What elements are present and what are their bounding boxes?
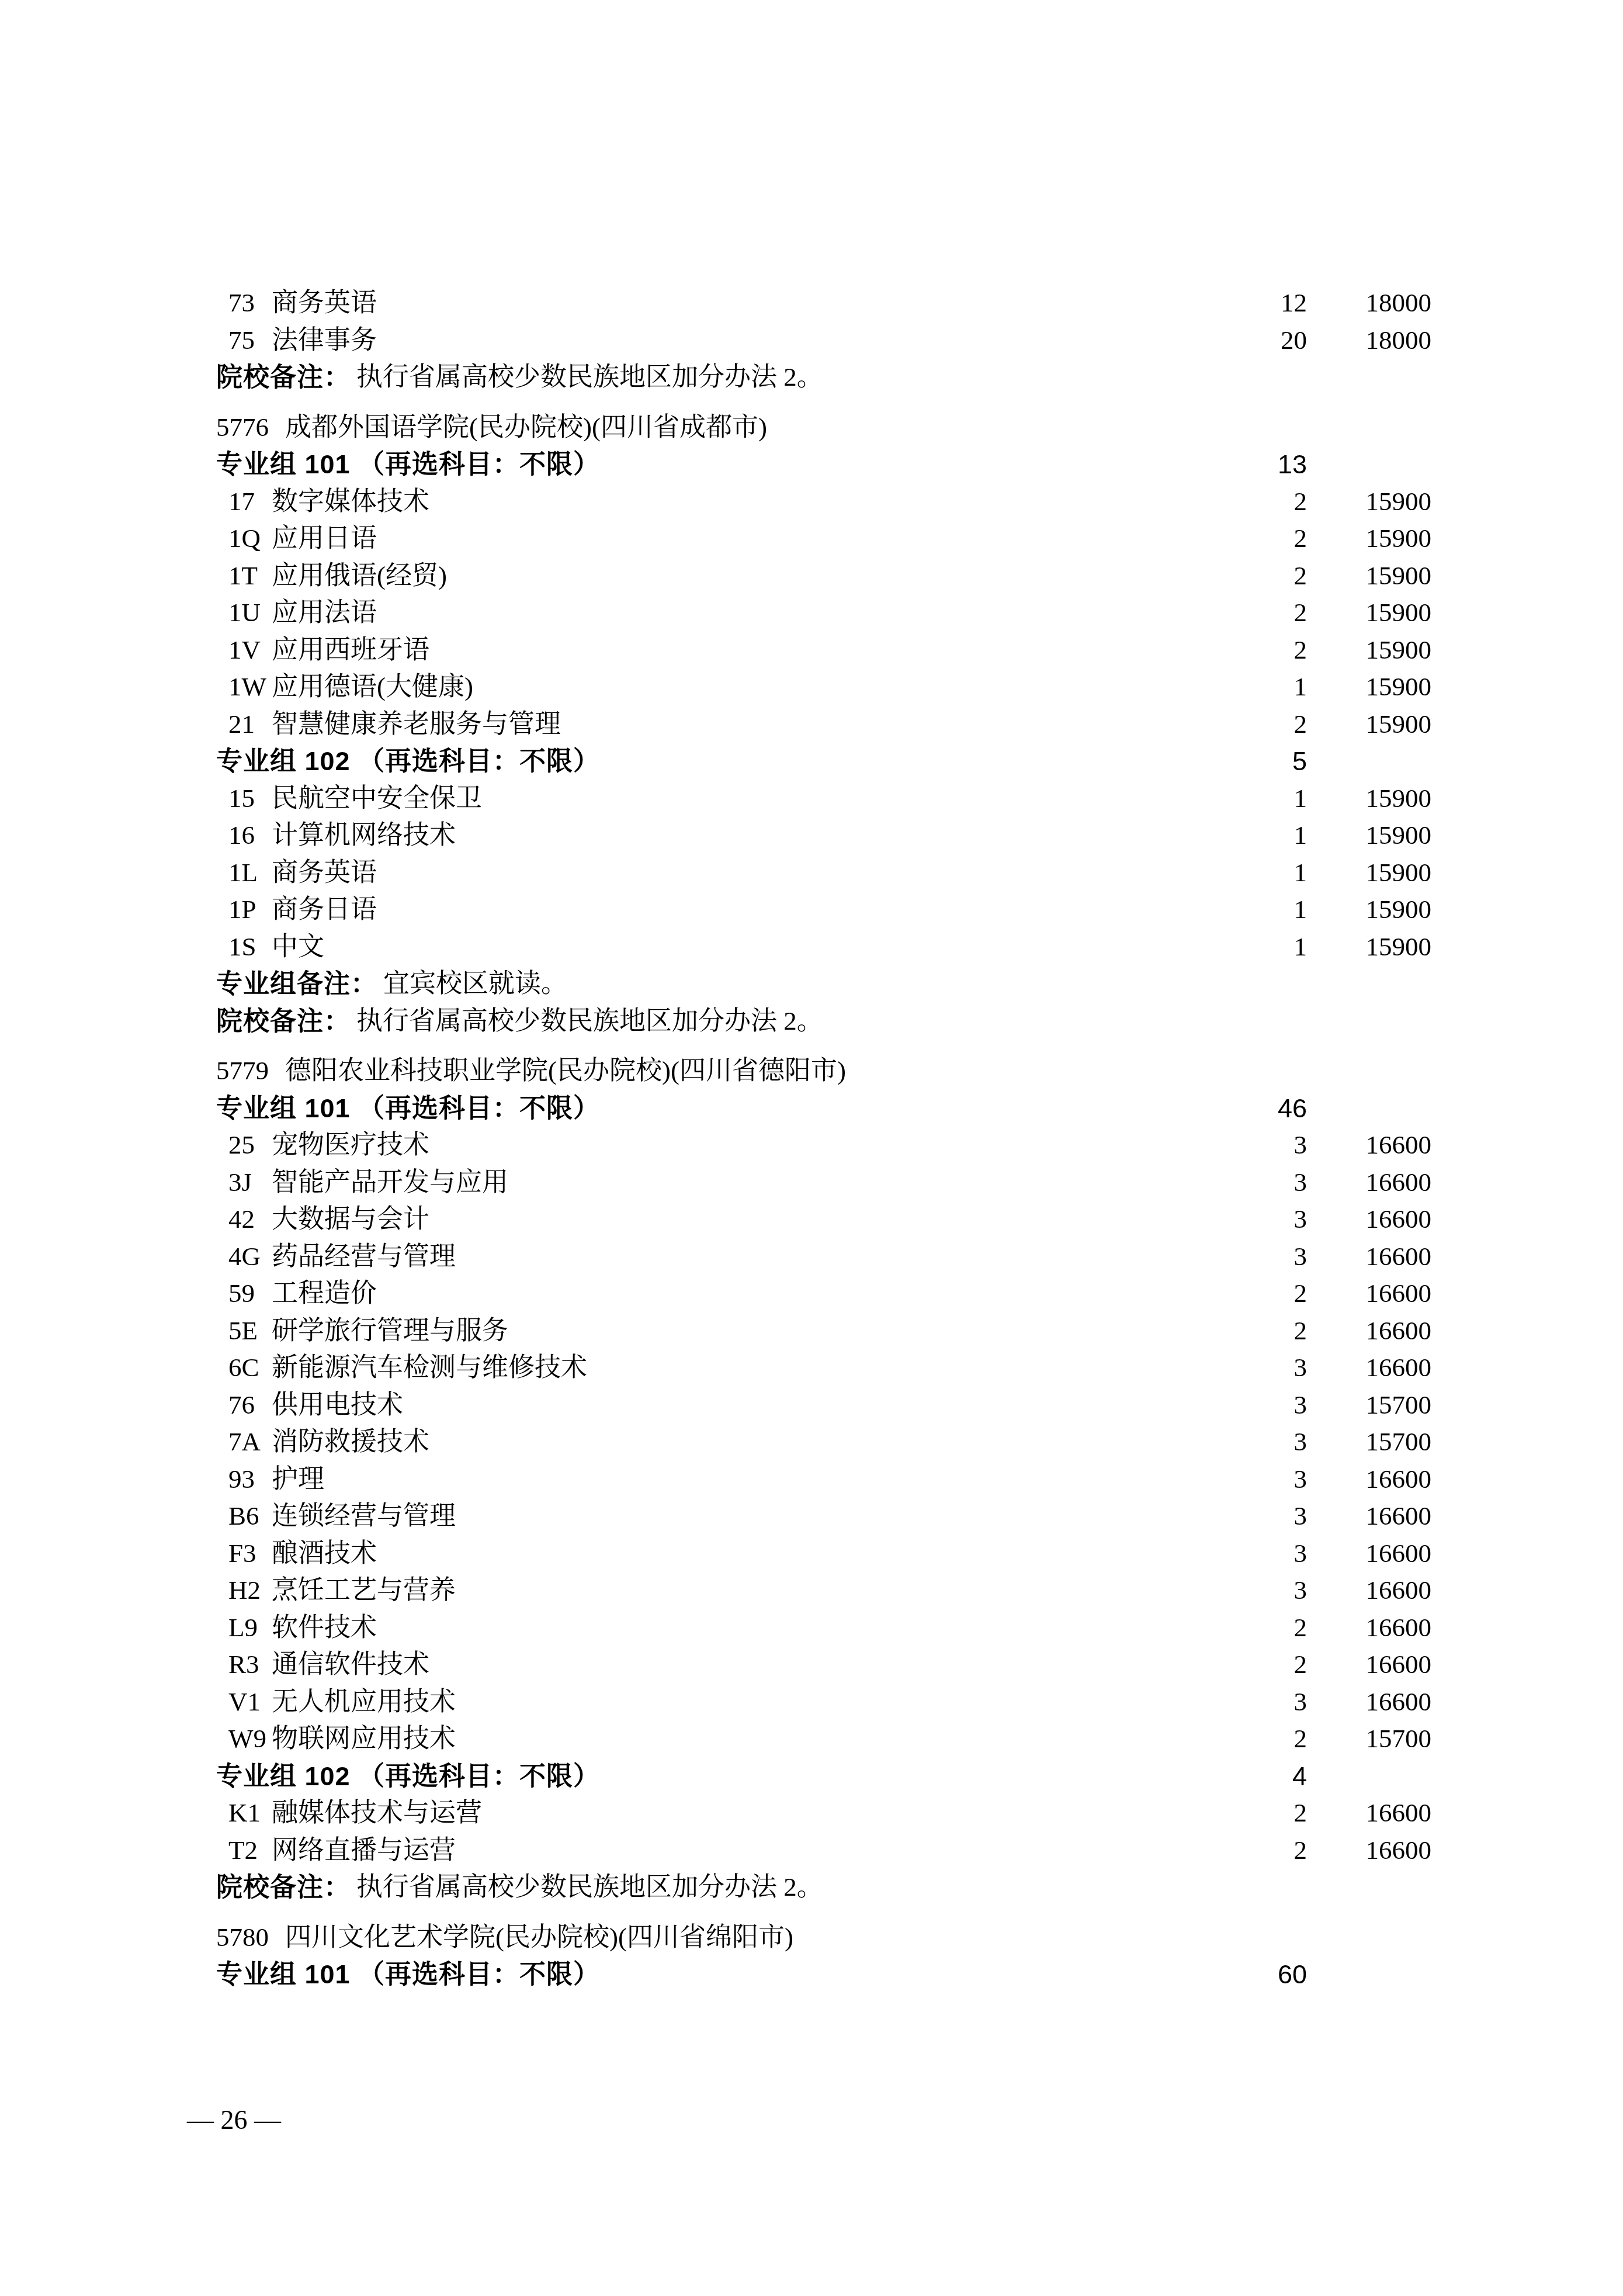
major-title: 93护理 bbox=[216, 1461, 1163, 1498]
major-row: R3通信软件技术216600 bbox=[216, 1646, 1431, 1684]
major-title: 1T应用俄语(经贸) bbox=[216, 557, 1163, 595]
note-line: 院校备注：执行省属高校少数民族地区加分办法 2。 bbox=[216, 359, 1431, 396]
major-row: 93护理316600 bbox=[216, 1461, 1431, 1498]
major-code: 1V bbox=[228, 632, 272, 669]
major-code: R3 bbox=[228, 1646, 272, 1684]
major-code: 1U bbox=[228, 594, 272, 632]
major-title: 1P商务日语 bbox=[216, 891, 1163, 929]
note-text: 执行省属高校少数民族地区加分办法 2。 bbox=[356, 1869, 823, 1906]
major-code: 75 bbox=[228, 322, 272, 359]
major-name: 消防救援技术 bbox=[272, 1424, 429, 1461]
major-name: 软件技术 bbox=[272, 1609, 377, 1647]
major-tuition-value: 16600 bbox=[1307, 1238, 1431, 1276]
major-quota-value: 2 bbox=[1163, 1795, 1307, 1832]
major-title: 15民航空中安全保卫 bbox=[216, 780, 1163, 818]
note-label: 院校备注： bbox=[216, 1003, 351, 1040]
major-quota-value: 3 bbox=[1163, 1461, 1307, 1498]
major-name: 应用日语 bbox=[272, 520, 377, 557]
major-tuition-value: 15900 bbox=[1307, 632, 1431, 669]
major-group-heading: 专业组 101 （再选科目：不限） bbox=[216, 1090, 1163, 1127]
major-group-row: 专业组 102 （再选科目：不限）4 bbox=[216, 1758, 1431, 1795]
major-name: 研学旅行管理与服务 bbox=[272, 1313, 508, 1350]
major-quota-value: 3 bbox=[1163, 1387, 1307, 1424]
major-title: 21智慧健康养老服务与管理 bbox=[216, 706, 1163, 743]
major-name: 通信软件技术 bbox=[272, 1646, 429, 1684]
major-name: 烹饪工艺与营养 bbox=[272, 1572, 456, 1609]
major-quota-value: 2 bbox=[1163, 1832, 1307, 1869]
major-code: B6 bbox=[228, 1498, 272, 1535]
major-title: 3J智能产品开发与应用 bbox=[216, 1164, 1163, 1201]
major-row: 75法律事务2018000 bbox=[216, 322, 1431, 359]
major-group-heading: 专业组 102 （再选科目：不限） bbox=[216, 1758, 1163, 1795]
major-row: T2网络直播与运营216600 bbox=[216, 1832, 1431, 1869]
major-row: 16计算机网络技术115900 bbox=[216, 817, 1431, 854]
page-number: — 26 — bbox=[187, 2103, 281, 2138]
major-quota-value: 3 bbox=[1163, 1238, 1307, 1276]
major-group-row: 专业组 101 （再选科目：不限）13 bbox=[216, 446, 1431, 483]
major-group-row: 专业组 101 （再选科目：不限）60 bbox=[216, 1956, 1431, 1993]
major-row: 15民航空中安全保卫115900 bbox=[216, 780, 1431, 818]
major-code: 93 bbox=[228, 1461, 272, 1498]
major-tuition-value: 15900 bbox=[1307, 929, 1431, 966]
major-tuition-value: 16600 bbox=[1307, 1164, 1431, 1201]
major-code: 6C bbox=[228, 1349, 272, 1387]
major-name: 商务日语 bbox=[272, 891, 377, 929]
major-quota-value: 1 bbox=[1163, 669, 1307, 706]
major-name: 智能产品开发与应用 bbox=[272, 1164, 508, 1201]
major-row: V1无人机应用技术316600 bbox=[216, 1684, 1431, 1721]
major-row: 76供用电技术315700 bbox=[216, 1387, 1431, 1424]
major-row: L9软件技术216600 bbox=[216, 1609, 1431, 1647]
note-row: 专业组备注：宜宾校区就读。 bbox=[216, 965, 1431, 1003]
note-row: 院校备注：执行省属高校少数民族地区加分办法 2。 bbox=[216, 359, 1431, 396]
institution-heading: 5776成都外国语学院(民办院校)(四川省成都市) bbox=[216, 409, 1431, 446]
major-name: 工程造价 bbox=[272, 1275, 377, 1313]
major-quota-value: 1 bbox=[1163, 780, 1307, 818]
major-quota-value: 2 bbox=[1163, 632, 1307, 669]
note-text: 宜宾校区就读。 bbox=[383, 965, 567, 1003]
institution-heading: 5780四川文化艺术学院(民办院校)(四川省绵阳市) bbox=[216, 1919, 1431, 1956]
major-title: 5E研学旅行管理与服务 bbox=[216, 1313, 1163, 1350]
institution-name: 成都外国语学院(民办院校)(四川省成都市) bbox=[285, 409, 767, 446]
major-code: 25 bbox=[228, 1127, 272, 1164]
major-tuition-value: 16600 bbox=[1307, 1201, 1431, 1238]
institution-row: 5776成都外国语学院(民办院校)(四川省成都市) bbox=[216, 409, 1431, 446]
major-tuition-value: 16600 bbox=[1307, 1349, 1431, 1387]
major-tuition-value: 16600 bbox=[1307, 1684, 1431, 1721]
major-tuition-value: 18000 bbox=[1307, 285, 1431, 322]
major-row: 25宠物医疗技术316600 bbox=[216, 1127, 1431, 1164]
major-code: 21 bbox=[228, 706, 272, 743]
group-quota-value: 4 bbox=[1163, 1758, 1307, 1795]
major-name: 计算机网络技术 bbox=[272, 817, 456, 854]
major-quota-value: 2 bbox=[1163, 1720, 1307, 1758]
major-title: H2烹饪工艺与营养 bbox=[216, 1572, 1163, 1609]
major-code: 1P bbox=[228, 891, 272, 929]
major-tuition-value: 15900 bbox=[1307, 594, 1431, 632]
institution-code: 5780 bbox=[216, 1919, 269, 1956]
group-quota-value: 5 bbox=[1163, 743, 1307, 780]
major-quota-value: 20 bbox=[1163, 322, 1307, 359]
major-code: 1Q bbox=[228, 520, 272, 557]
major-quota-value: 1 bbox=[1163, 854, 1307, 892]
major-tuition-value: 15900 bbox=[1307, 520, 1431, 557]
major-quota-value: 3 bbox=[1163, 1127, 1307, 1164]
major-group-label: 专业组 101 （再选科目：不限） bbox=[216, 1956, 600, 1993]
major-code: W9 bbox=[228, 1720, 272, 1758]
major-name: 融媒体技术与运营 bbox=[272, 1795, 482, 1832]
major-code: 1W bbox=[228, 669, 272, 706]
major-row: 7A消防救援技术315700 bbox=[216, 1424, 1431, 1461]
major-name: 中文 bbox=[272, 929, 324, 966]
major-tuition-value: 16600 bbox=[1307, 1795, 1431, 1832]
major-tuition-value: 15700 bbox=[1307, 1387, 1431, 1424]
note-text: 执行省属高校少数民族地区加分办法 2。 bbox=[356, 359, 823, 396]
major-title: 59工程造价 bbox=[216, 1275, 1163, 1313]
major-title: T2网络直播与运营 bbox=[216, 1832, 1163, 1869]
major-group-heading: 专业组 102 （再选科目：不限） bbox=[216, 743, 1163, 780]
major-row: 6C新能源汽车检测与维修技术316600 bbox=[216, 1349, 1431, 1387]
major-tuition-value: 15900 bbox=[1307, 817, 1431, 854]
major-row: 5E研学旅行管理与服务216600 bbox=[216, 1313, 1431, 1350]
major-code: H2 bbox=[228, 1572, 272, 1609]
major-title: 6C新能源汽车检测与维修技术 bbox=[216, 1349, 1163, 1387]
major-code: 42 bbox=[228, 1201, 272, 1238]
major-quota-value: 2 bbox=[1163, 557, 1307, 595]
major-quota-value: 3 bbox=[1163, 1424, 1307, 1461]
major-tuition-value: 16600 bbox=[1307, 1646, 1431, 1684]
major-quota-value: 2 bbox=[1163, 1275, 1307, 1313]
major-name: 大数据与会计 bbox=[272, 1201, 429, 1238]
major-quota-value: 1 bbox=[1163, 817, 1307, 854]
major-row: 59工程造价216600 bbox=[216, 1275, 1431, 1313]
institution-name: 四川文化艺术学院(民办院校)(四川省绵阳市) bbox=[285, 1919, 793, 1956]
major-row: F3酿酒技术316600 bbox=[216, 1535, 1431, 1573]
major-code: 73 bbox=[228, 285, 272, 322]
major-code: 59 bbox=[228, 1275, 272, 1313]
major-row: 1L商务英语115900 bbox=[216, 854, 1431, 892]
major-tuition-value: 16600 bbox=[1307, 1535, 1431, 1573]
major-group-heading: 专业组 101 （再选科目：不限） bbox=[216, 446, 1163, 483]
major-title: R3通信软件技术 bbox=[216, 1646, 1163, 1684]
major-name: 应用德语(大健康) bbox=[272, 669, 473, 706]
note-row: 院校备注：执行省属高校少数民族地区加分办法 2。 bbox=[216, 1003, 1431, 1040]
note-line: 专业组备注：宜宾校区就读。 bbox=[216, 965, 1431, 1003]
major-row: 1V应用西班牙语215900 bbox=[216, 632, 1431, 669]
major-row: 1Q应用日语215900 bbox=[216, 520, 1431, 557]
major-name: 无人机应用技术 bbox=[272, 1684, 456, 1721]
major-title: 75法律事务 bbox=[216, 322, 1163, 359]
major-title: L9软件技术 bbox=[216, 1609, 1163, 1647]
major-row: 73商务英语1218000 bbox=[216, 285, 1431, 322]
note-label: 院校备注： bbox=[216, 359, 351, 396]
major-title: 1V应用西班牙语 bbox=[216, 632, 1163, 669]
major-name: 智慧健康养老服务与管理 bbox=[272, 706, 561, 743]
major-title: 17数字媒体技术 bbox=[216, 483, 1163, 521]
major-title: 1U应用法语 bbox=[216, 594, 1163, 632]
group-quota-value: 60 bbox=[1163, 1956, 1307, 1993]
major-code: 15 bbox=[228, 780, 272, 818]
major-quota-value: 3 bbox=[1163, 1572, 1307, 1609]
major-tuition-value: 16600 bbox=[1307, 1275, 1431, 1313]
major-name: 物联网应用技术 bbox=[272, 1720, 456, 1758]
major-quota-value: 2 bbox=[1163, 483, 1307, 521]
major-title: 1S中文 bbox=[216, 929, 1163, 966]
major-name: 数字媒体技术 bbox=[272, 483, 429, 521]
major-tuition-value: 15900 bbox=[1307, 557, 1431, 595]
major-code: F3 bbox=[228, 1535, 272, 1573]
major-title: 42大数据与会计 bbox=[216, 1201, 1163, 1238]
major-row: 1T应用俄语(经贸)215900 bbox=[216, 557, 1431, 595]
major-title: V1无人机应用技术 bbox=[216, 1684, 1163, 1721]
major-code: 1L bbox=[228, 854, 272, 892]
major-title: 7A消防救援技术 bbox=[216, 1424, 1163, 1461]
major-quota-value: 2 bbox=[1163, 594, 1307, 632]
major-tuition-value: 16600 bbox=[1307, 1461, 1431, 1498]
institution-name: 德阳农业科技职业学院(民办院校)(四川省德阳市) bbox=[285, 1052, 846, 1090]
major-title: 16计算机网络技术 bbox=[216, 817, 1163, 854]
note-line: 院校备注：执行省属高校少数民族地区加分办法 2。 bbox=[216, 1003, 1431, 1040]
major-quota-value: 3 bbox=[1163, 1201, 1307, 1238]
major-name: 酿酒技术 bbox=[272, 1535, 377, 1573]
major-title: 25宠物医疗技术 bbox=[216, 1127, 1163, 1164]
major-name: 法律事务 bbox=[272, 322, 377, 359]
major-code: 1S bbox=[228, 929, 272, 966]
major-name: 供用电技术 bbox=[272, 1387, 403, 1424]
major-title: F3酿酒技术 bbox=[216, 1535, 1163, 1573]
major-code: 76 bbox=[228, 1387, 272, 1424]
major-quota-value: 2 bbox=[1163, 1313, 1307, 1350]
note-row: 院校备注：执行省属高校少数民族地区加分办法 2。 bbox=[216, 1869, 1431, 1906]
note-line: 院校备注：执行省属高校少数民族地区加分办法 2。 bbox=[216, 1869, 1431, 1906]
major-name: 应用法语 bbox=[272, 594, 377, 632]
major-tuition-value: 15900 bbox=[1307, 780, 1431, 818]
major-tuition-value: 16600 bbox=[1307, 1832, 1431, 1869]
major-quota-value: 2 bbox=[1163, 1646, 1307, 1684]
major-tuition-value: 16600 bbox=[1307, 1572, 1431, 1609]
major-group-row: 专业组 102 （再选科目：不限）5 bbox=[216, 743, 1431, 780]
major-title: W9物联网应用技术 bbox=[216, 1720, 1163, 1758]
major-row: K1融媒体技术与运营216600 bbox=[216, 1795, 1431, 1832]
major-code: 17 bbox=[228, 483, 272, 521]
major-name: 网络直播与运营 bbox=[272, 1832, 456, 1869]
major-tuition-value: 15900 bbox=[1307, 669, 1431, 706]
major-quota-value: 3 bbox=[1163, 1684, 1307, 1721]
major-quota-value: 2 bbox=[1163, 520, 1307, 557]
major-title: 73商务英语 bbox=[216, 285, 1163, 322]
major-quota-value: 3 bbox=[1163, 1498, 1307, 1535]
major-tuition-value: 16600 bbox=[1307, 1609, 1431, 1647]
major-row: 42大数据与会计316600 bbox=[216, 1201, 1431, 1238]
major-row: 17数字媒体技术215900 bbox=[216, 483, 1431, 521]
major-tuition-value: 15900 bbox=[1307, 483, 1431, 521]
major-quota-value: 2 bbox=[1163, 706, 1307, 743]
major-quota-value: 12 bbox=[1163, 285, 1307, 322]
major-row: 21智慧健康养老服务与管理215900 bbox=[216, 706, 1431, 743]
major-code: 3J bbox=[228, 1164, 272, 1201]
major-group-label: 专业组 101 （再选科目：不限） bbox=[216, 446, 600, 483]
major-title: B6连锁经营与管理 bbox=[216, 1498, 1163, 1535]
major-row: 1S中文115900 bbox=[216, 929, 1431, 966]
major-tuition-value: 15900 bbox=[1307, 891, 1431, 929]
major-name: 民航空中安全保卫 bbox=[272, 780, 482, 818]
major-title: 1W应用德语(大健康) bbox=[216, 669, 1163, 706]
plan-table: 73商务英语121800075法律事务2018000院校备注：执行省属高校少数民… bbox=[216, 285, 1431, 1993]
major-name: 新能源汽车检测与维修技术 bbox=[272, 1349, 587, 1387]
institution-row: 5779德阳农业科技职业学院(民办院校)(四川省德阳市) bbox=[216, 1052, 1431, 1090]
institution-row: 5780四川文化艺术学院(民办院校)(四川省绵阳市) bbox=[216, 1919, 1431, 1956]
major-code: 16 bbox=[228, 817, 272, 854]
major-code: L9 bbox=[228, 1609, 272, 1647]
major-title: K1融媒体技术与运营 bbox=[216, 1795, 1163, 1832]
major-quota-value: 1 bbox=[1163, 891, 1307, 929]
major-title: 1Q应用日语 bbox=[216, 520, 1163, 557]
major-name: 应用俄语(经贸) bbox=[272, 557, 447, 595]
major-title: 76供用电技术 bbox=[216, 1387, 1163, 1424]
major-group-label: 专业组 102 （再选科目：不限） bbox=[216, 743, 600, 780]
major-code: K1 bbox=[228, 1795, 272, 1832]
major-code: 4G bbox=[228, 1238, 272, 1276]
major-row: B6连锁经营与管理316600 bbox=[216, 1498, 1431, 1535]
major-name: 药品经营与管理 bbox=[272, 1238, 456, 1276]
major-row: H2烹饪工艺与营养316600 bbox=[216, 1572, 1431, 1609]
major-group-label: 专业组 102 （再选科目：不限） bbox=[216, 1758, 600, 1795]
major-code: 7A bbox=[228, 1424, 272, 1461]
major-quota-value: 3 bbox=[1163, 1535, 1307, 1573]
major-tuition-value: 16600 bbox=[1307, 1313, 1431, 1350]
major-group-heading: 专业组 101 （再选科目：不限） bbox=[216, 1956, 1163, 1993]
major-name: 护理 bbox=[272, 1461, 324, 1498]
major-name: 商务英语 bbox=[272, 285, 377, 322]
major-title: 4G药品经营与管理 bbox=[216, 1238, 1163, 1276]
document-page: 73商务英语121800075法律事务2018000院校备注：执行省属高校少数民… bbox=[0, 0, 1623, 2296]
major-tuition-value: 16600 bbox=[1307, 1498, 1431, 1535]
major-group-row: 专业组 101 （再选科目：不限）46 bbox=[216, 1090, 1431, 1127]
major-tuition-value: 15700 bbox=[1307, 1720, 1431, 1758]
major-name: 应用西班牙语 bbox=[272, 632, 429, 669]
major-code: V1 bbox=[228, 1684, 272, 1721]
group-quota-value: 46 bbox=[1163, 1090, 1307, 1127]
major-tuition-value: 15700 bbox=[1307, 1424, 1431, 1461]
major-tuition-value: 16600 bbox=[1307, 1127, 1431, 1164]
institution-code: 5776 bbox=[216, 409, 269, 446]
note-text: 执行省属高校少数民族地区加分办法 2。 bbox=[356, 1003, 823, 1040]
major-quota-value: 1 bbox=[1163, 929, 1307, 966]
major-quota-value: 3 bbox=[1163, 1164, 1307, 1201]
major-tuition-value: 15900 bbox=[1307, 854, 1431, 892]
group-quota-value: 13 bbox=[1163, 446, 1307, 483]
major-code: T2 bbox=[228, 1832, 272, 1869]
major-quota-value: 2 bbox=[1163, 1609, 1307, 1647]
major-row: 1U应用法语215900 bbox=[216, 594, 1431, 632]
major-row: 3J智能产品开发与应用316600 bbox=[216, 1164, 1431, 1201]
note-label: 院校备注： bbox=[216, 1869, 351, 1906]
institution-heading: 5779德阳农业科技职业学院(民办院校)(四川省德阳市) bbox=[216, 1052, 1431, 1090]
major-name: 商务英语 bbox=[272, 854, 377, 892]
major-tuition-value: 15900 bbox=[1307, 706, 1431, 743]
major-tuition-value: 18000 bbox=[1307, 322, 1431, 359]
major-code: 1T bbox=[228, 557, 272, 595]
major-row: W9物联网应用技术215700 bbox=[216, 1720, 1431, 1758]
major-group-label: 专业组 101 （再选科目：不限） bbox=[216, 1090, 600, 1127]
major-name: 连锁经营与管理 bbox=[272, 1498, 456, 1535]
major-code: 5E bbox=[228, 1313, 272, 1350]
major-name: 宠物医疗技术 bbox=[272, 1127, 429, 1164]
institution-code: 5779 bbox=[216, 1052, 269, 1090]
major-row: 1W应用德语(大健康)115900 bbox=[216, 669, 1431, 706]
major-row: 4G药品经营与管理316600 bbox=[216, 1238, 1431, 1276]
major-row: 1P商务日语115900 bbox=[216, 891, 1431, 929]
note-label: 专业组备注： bbox=[216, 965, 377, 1003]
major-quota-value: 3 bbox=[1163, 1349, 1307, 1387]
major-title: 1L商务英语 bbox=[216, 854, 1163, 892]
